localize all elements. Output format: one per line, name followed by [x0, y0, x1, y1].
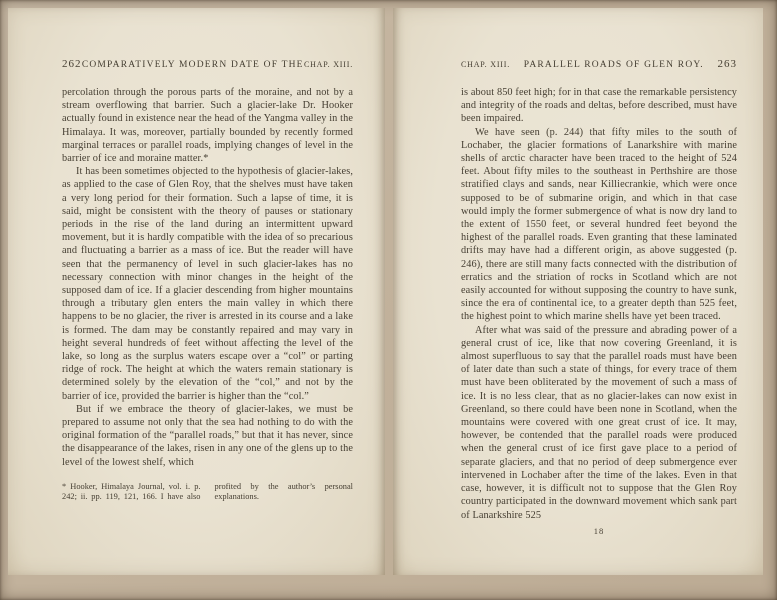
left-page-footnote: * Hooker, Himalaya Journal, vol. i. p. 2…: [62, 482, 353, 503]
right-page-header: CHAP. XIII. PARALLEL ROADS OF GLEN ROY. …: [461, 58, 737, 70]
paragraph-continuation: percolation through the porous parts of …: [62, 86, 353, 165]
right-chapter-label: CHAP. XIII.: [461, 60, 510, 69]
right-page-body: is about 850 feet high; for in that case…: [461, 86, 737, 522]
paragraph: After what was said of the pressure and …: [461, 324, 737, 522]
left-running-title: COMPARATIVELY MODERN DATE OF THE: [82, 60, 304, 70]
book-scan-background: 262 COMPARATIVELY MODERN DATE OF THE CHA…: [0, 0, 777, 600]
signature-mark: 18: [461, 526, 737, 536]
right-page: CHAP. XIII. PARALLEL ROADS OF GLEN ROY. …: [393, 8, 763, 575]
left-chapter-label: CHAP. XIII.: [304, 60, 353, 69]
right-running-title: PARALLEL ROADS OF GLEN ROY.: [524, 60, 704, 70]
left-page-number: 262: [62, 58, 82, 70]
left-page: 262 COMPARATIVELY MODERN DATE OF THE CHA…: [8, 8, 385, 575]
left-page-body: percolation through the porous parts of …: [62, 86, 353, 469]
left-page-header: 262 COMPARATIVELY MODERN DATE OF THE CHA…: [62, 58, 353, 70]
paragraph: It has been sometimes objected to the hy…: [62, 165, 353, 403]
paragraph: But if we embrace the theory of glacier-…: [62, 403, 353, 469]
paragraph-continuation: is about 850 feet high; for in that case…: [461, 86, 737, 126]
right-page-number: 263: [717, 58, 737, 70]
paragraph: We have seen (p. 244) that fifty miles t…: [461, 126, 737, 324]
